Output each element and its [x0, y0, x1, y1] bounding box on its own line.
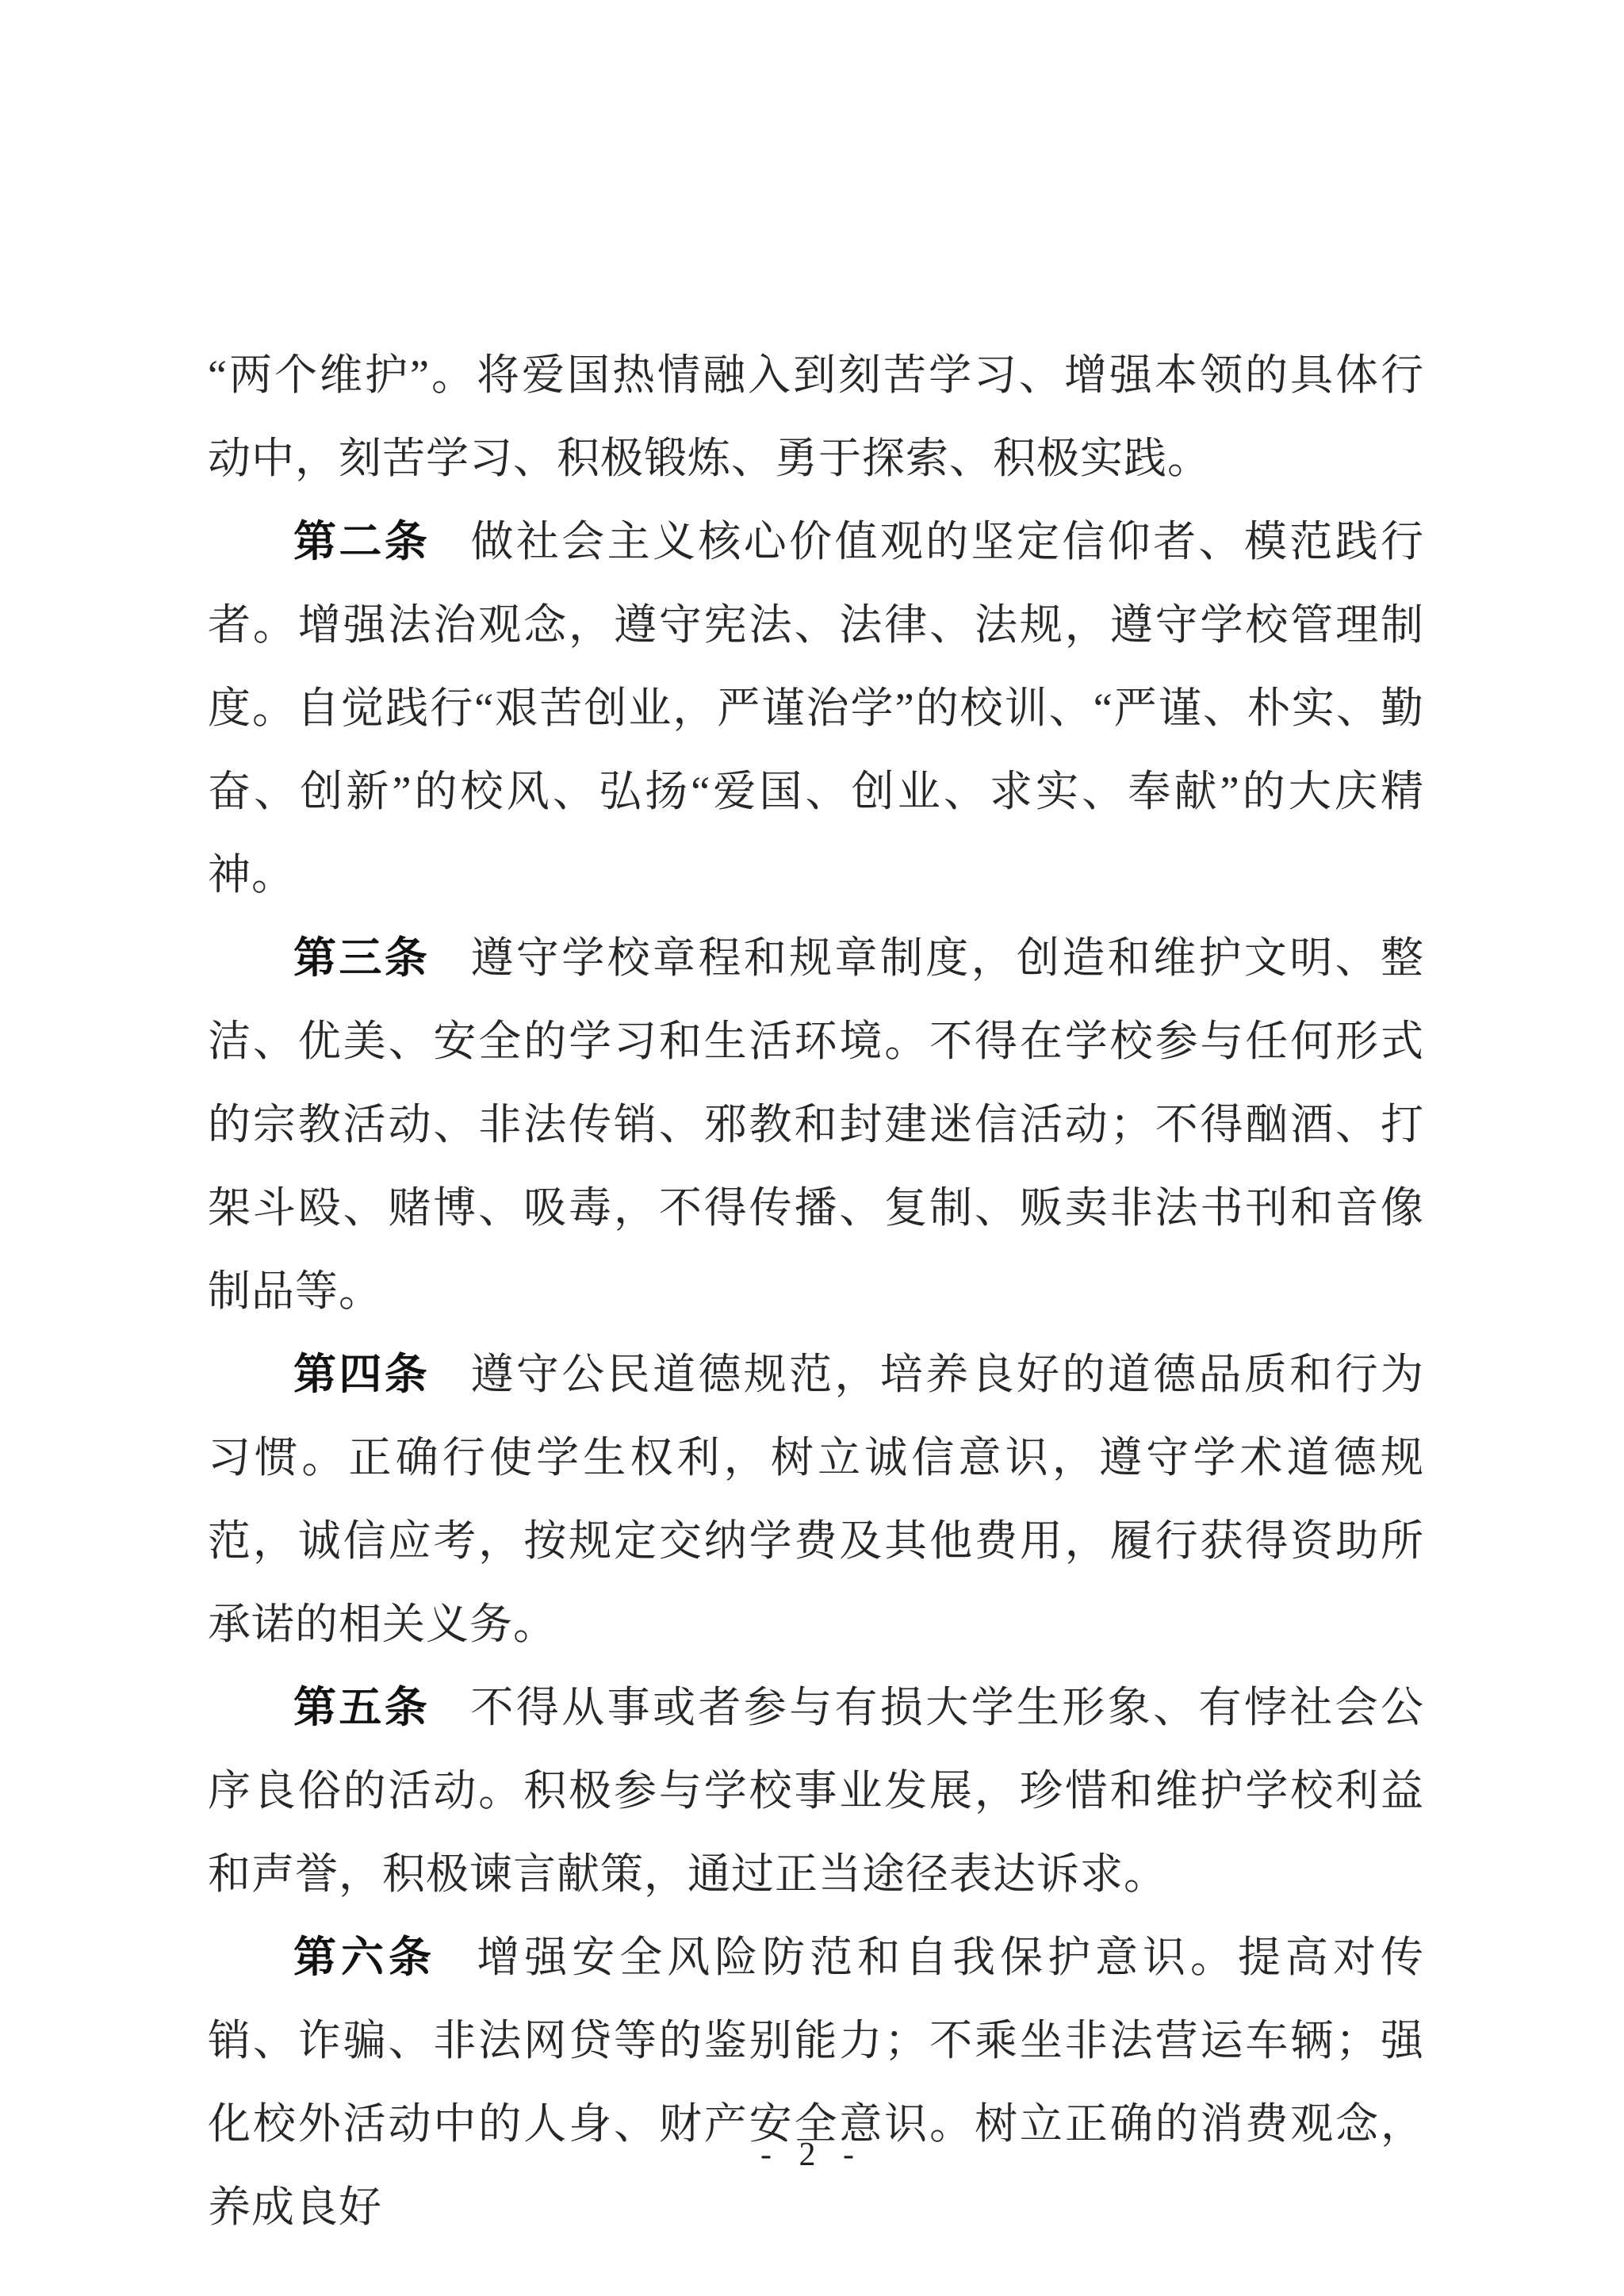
article-6-term: 第六条: [293, 1934, 436, 1981]
paragraph-article-6: 第六条增强安全风险防范和自我保护意识。提高对传销、诈骗、非法网贷等的鉴别能力；不…: [208, 1916, 1424, 2249]
paragraph-article-5: 第五条不得从事或者参与有损大学生形象、有悖社会公序良俗的活动。积极参与学校事业发…: [208, 1666, 1424, 1916]
article-2-term: 第二条: [293, 518, 430, 565]
paragraph-text: 做社会主义核心价值观的坚定信仰者、模范践行者。增强法治观念，遵守宪法、法律、法规…: [208, 518, 1424, 899]
paragraph-article-2: 第二条做社会主义核心价值观的坚定信仰者、模范践行者。增强法治观念，遵守宪法、法律…: [208, 500, 1424, 917]
document-page: “两个维护”。将爱国热情融入到刻苦学习、增强本领的具体行动中，刻苦学习、积极锻炼…: [0, 0, 1624, 2296]
article-3-term: 第三条: [293, 934, 430, 982]
paragraph-text: “两个维护”。将爱国热情融入到刻苦学习、增强本领的具体行动中，刻苦学习、积极锻炼…: [208, 351, 1424, 482]
page-number: - 2 -: [0, 2135, 1624, 2175]
article-4-term: 第四条: [293, 1351, 430, 1398]
paragraph-article-3: 第三条遵守学校章程和规章制度，创造和维护文明、整洁、优美、安全的学习和生活环境。…: [208, 917, 1424, 1333]
paragraph-article-4: 第四条遵守公民道德规范，培养良好的道德品质和行为习惯。正确行使学生权利，树立诚信…: [208, 1333, 1424, 1666]
document-body: “两个维护”。将爱国热情融入到刻苦学习、增强本领的具体行动中，刻苦学习、积极锻炼…: [208, 334, 1424, 2249]
paragraph-intro-continuation: “两个维护”。将爱国热情融入到刻苦学习、增强本领的具体行动中，刻苦学习、积极锻炼…: [208, 334, 1424, 500]
article-5-term: 第五条: [293, 1684, 430, 1731]
paragraph-text: 遵守学校章程和规章制度，创造和维护文明、整洁、优美、安全的学习和生活环境。不得在…: [208, 934, 1424, 1315]
